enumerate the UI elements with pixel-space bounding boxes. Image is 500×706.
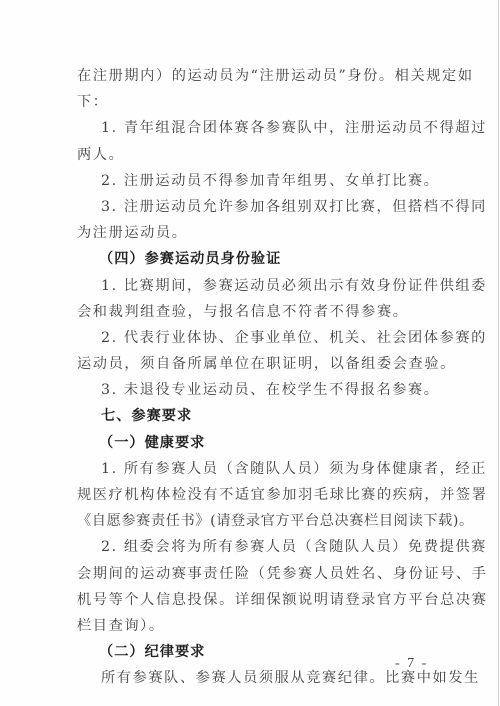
paragraph-line: 规医疗机构体检没有不适宜参加羽毛球比赛的疾病，并签署 (77, 482, 427, 508)
section-heading-requirements: 七、参赛要求 (77, 403, 427, 429)
paragraph-line: 会期间的运动赛事责任险（凭参赛人员姓名、身份证号、手 (77, 561, 427, 587)
paragraph-line: 为注册运动员。 (77, 220, 427, 246)
paragraph-line: 栏目查询）。 (77, 613, 427, 639)
list-item-1: 1. 比赛期间，参赛运动员必须出示有效身份证件供组委 (77, 273, 427, 299)
list-item-2: 2. 代表行业体协、企事业单位、机关、社会团体参赛的 (77, 325, 427, 351)
document-page: 在注册期内）的运动员为“注册运动员”身份。相关规定如 下： 1. 青年组混合团体… (0, 0, 500, 706)
list-item-3: 3. 注册运动员允许参加各组别双打比赛，但搭档不得同 (77, 194, 427, 220)
list-item-2: 2. 组委会将为所有参赛人员（含随队人员）免费提供赛 (77, 534, 427, 560)
section-subheading-discipline: （二）纪律要求 (77, 639, 427, 665)
page-number: - 7 - (395, 656, 428, 672)
list-item-1: 1. 青年组混合团体赛各参赛队中，注册运动员不得超过 (77, 115, 427, 141)
paragraph-line: 《自愿参赛责任书》(请登录官方平台总决赛栏目阅读下载)。 (77, 508, 427, 534)
list-item-2: 2. 注册运动员不得参加青年组男、女单打比赛。 (77, 168, 427, 194)
paragraph-line: 所有参赛队、参赛人员须服从竞赛纪律。比赛中如发生 (77, 665, 427, 691)
paragraph-line: 两人。 (77, 142, 427, 168)
section-subheading-health: （一）健康要求 (77, 430, 427, 456)
paragraph-line: 会和裁判组查验，与报名信息不符者不得参赛。 (77, 299, 427, 325)
paragraph-line: 机号等个人信息投保。详细保额说明请登录官方平台总决赛 (77, 587, 427, 613)
document-body: 在注册期内）的运动员为“注册运动员”身份。相关规定如 下： 1. 青年组混合团体… (77, 63, 427, 692)
paragraph-line: 下： (77, 89, 427, 115)
paragraph-line: 在注册期内）的运动员为“注册运动员”身份。相关规定如 (77, 63, 427, 89)
list-item-1: 1. 所有参赛人员（含随队人员）须为身体健康者，经正 (77, 456, 427, 482)
paragraph-line: 运动员，须自备所属单位在职证明，以备组委会查验。 (77, 351, 427, 377)
page-edge-divider (498, 0, 499, 706)
section-subheading-identity-verification: （四）参赛运动员身份验证 (77, 246, 427, 272)
list-item-3: 3. 未退役专业运动员、在校学生不得报名参赛。 (77, 377, 427, 403)
